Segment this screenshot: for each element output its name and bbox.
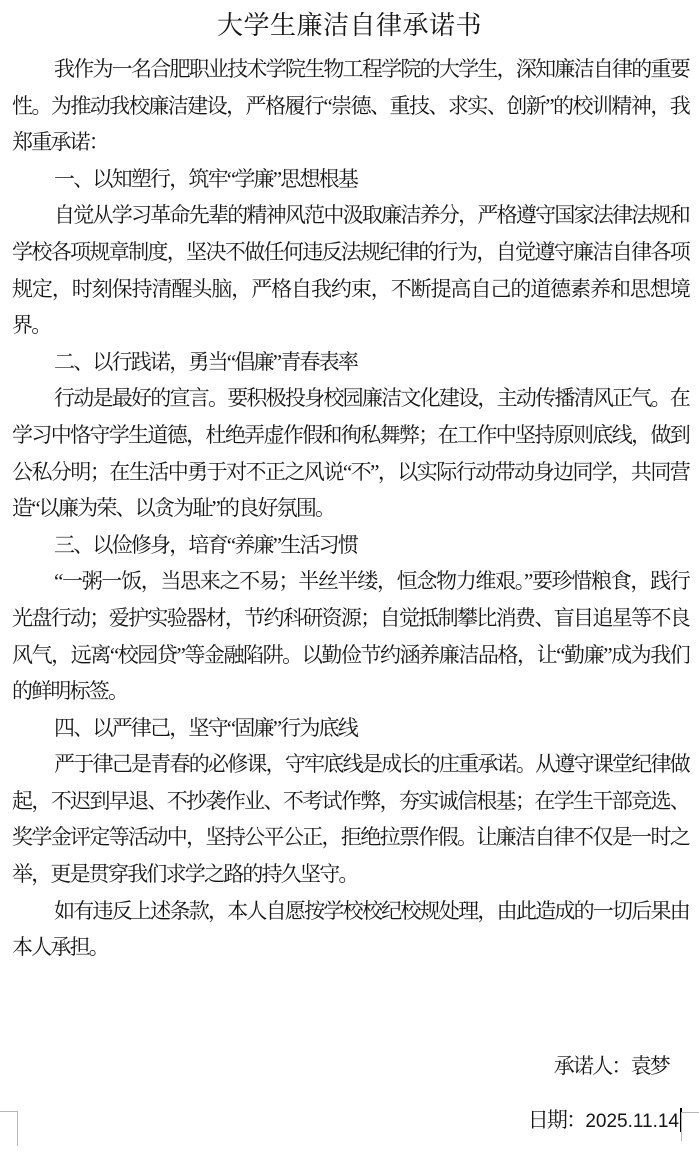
paragraph-closing[interactable]: 如有违反上述条款，本人自愿按学校校纪校规处理，由此造成的一切后果由本人承担。 xyxy=(12,893,689,966)
section-heading-3[interactable]: 三、以俭修身，培育“养廉”生活习惯 xyxy=(12,527,689,564)
text-boundary-corner-left xyxy=(0,1111,18,1146)
date-label: 日期： xyxy=(528,1108,586,1132)
section-heading-1[interactable]: 一、以知塑行，筑牢“学廉”思想根基 xyxy=(12,161,689,198)
signature-date-line[interactable]: 日期：2025.11.14 xyxy=(0,1102,699,1140)
document-body: 我作为一名合肥职业技术学院生物工程学院的大学生，深知廉洁自律的重要性。为推动我校… xyxy=(0,51,699,966)
document-title[interactable]: 大学生廉洁自律承诺书 xyxy=(0,0,699,51)
paragraph-intro[interactable]: 我作为一名合肥职业技术学院生物工程学院的大学生，深知廉洁自律的重要性。为推动我校… xyxy=(12,51,689,161)
section-body-1[interactable]: 自觉从学习革命先辈的精神风范中汲取廉洁养分，严格遵守国家法律法规和学校各项规章制… xyxy=(12,197,689,343)
text-boundary-corner-right xyxy=(681,1112,699,1141)
signature-block: 承诺人：袁梦 日期：2025.11.14 xyxy=(0,1048,699,1140)
date-value: 2025.11.14 xyxy=(585,1111,679,1132)
section-body-2[interactable]: 行动是最好的宣言。要积极投身校园廉洁文化建设，主动传播清风正气。在学习中恪守学生… xyxy=(12,380,689,526)
section-body-3[interactable]: “一粥一饭，当思来之不易；半丝半缕，恒念物力维艰。”要珍惜粮食，践行光盘行动；爱… xyxy=(12,563,689,709)
section-heading-2[interactable]: 二、以行践诺，勇当“倡廉”青春表率 xyxy=(12,344,689,381)
document-page: 大学生廉洁自律承诺书 我作为一名合肥职业技术学院生物工程学院的大学生，深知廉洁自… xyxy=(0,0,699,1153)
section-heading-4[interactable]: 四、以严律己，坚守“固廉”行为底线 xyxy=(12,710,689,747)
signature-name-line[interactable]: 承诺人：袁梦 xyxy=(0,1048,699,1085)
section-body-4[interactable]: 严于律己是青春的必修课，守牢底线是成长的庄重承诺。从遵守课堂纪律做起，不迟到早退… xyxy=(12,746,689,892)
